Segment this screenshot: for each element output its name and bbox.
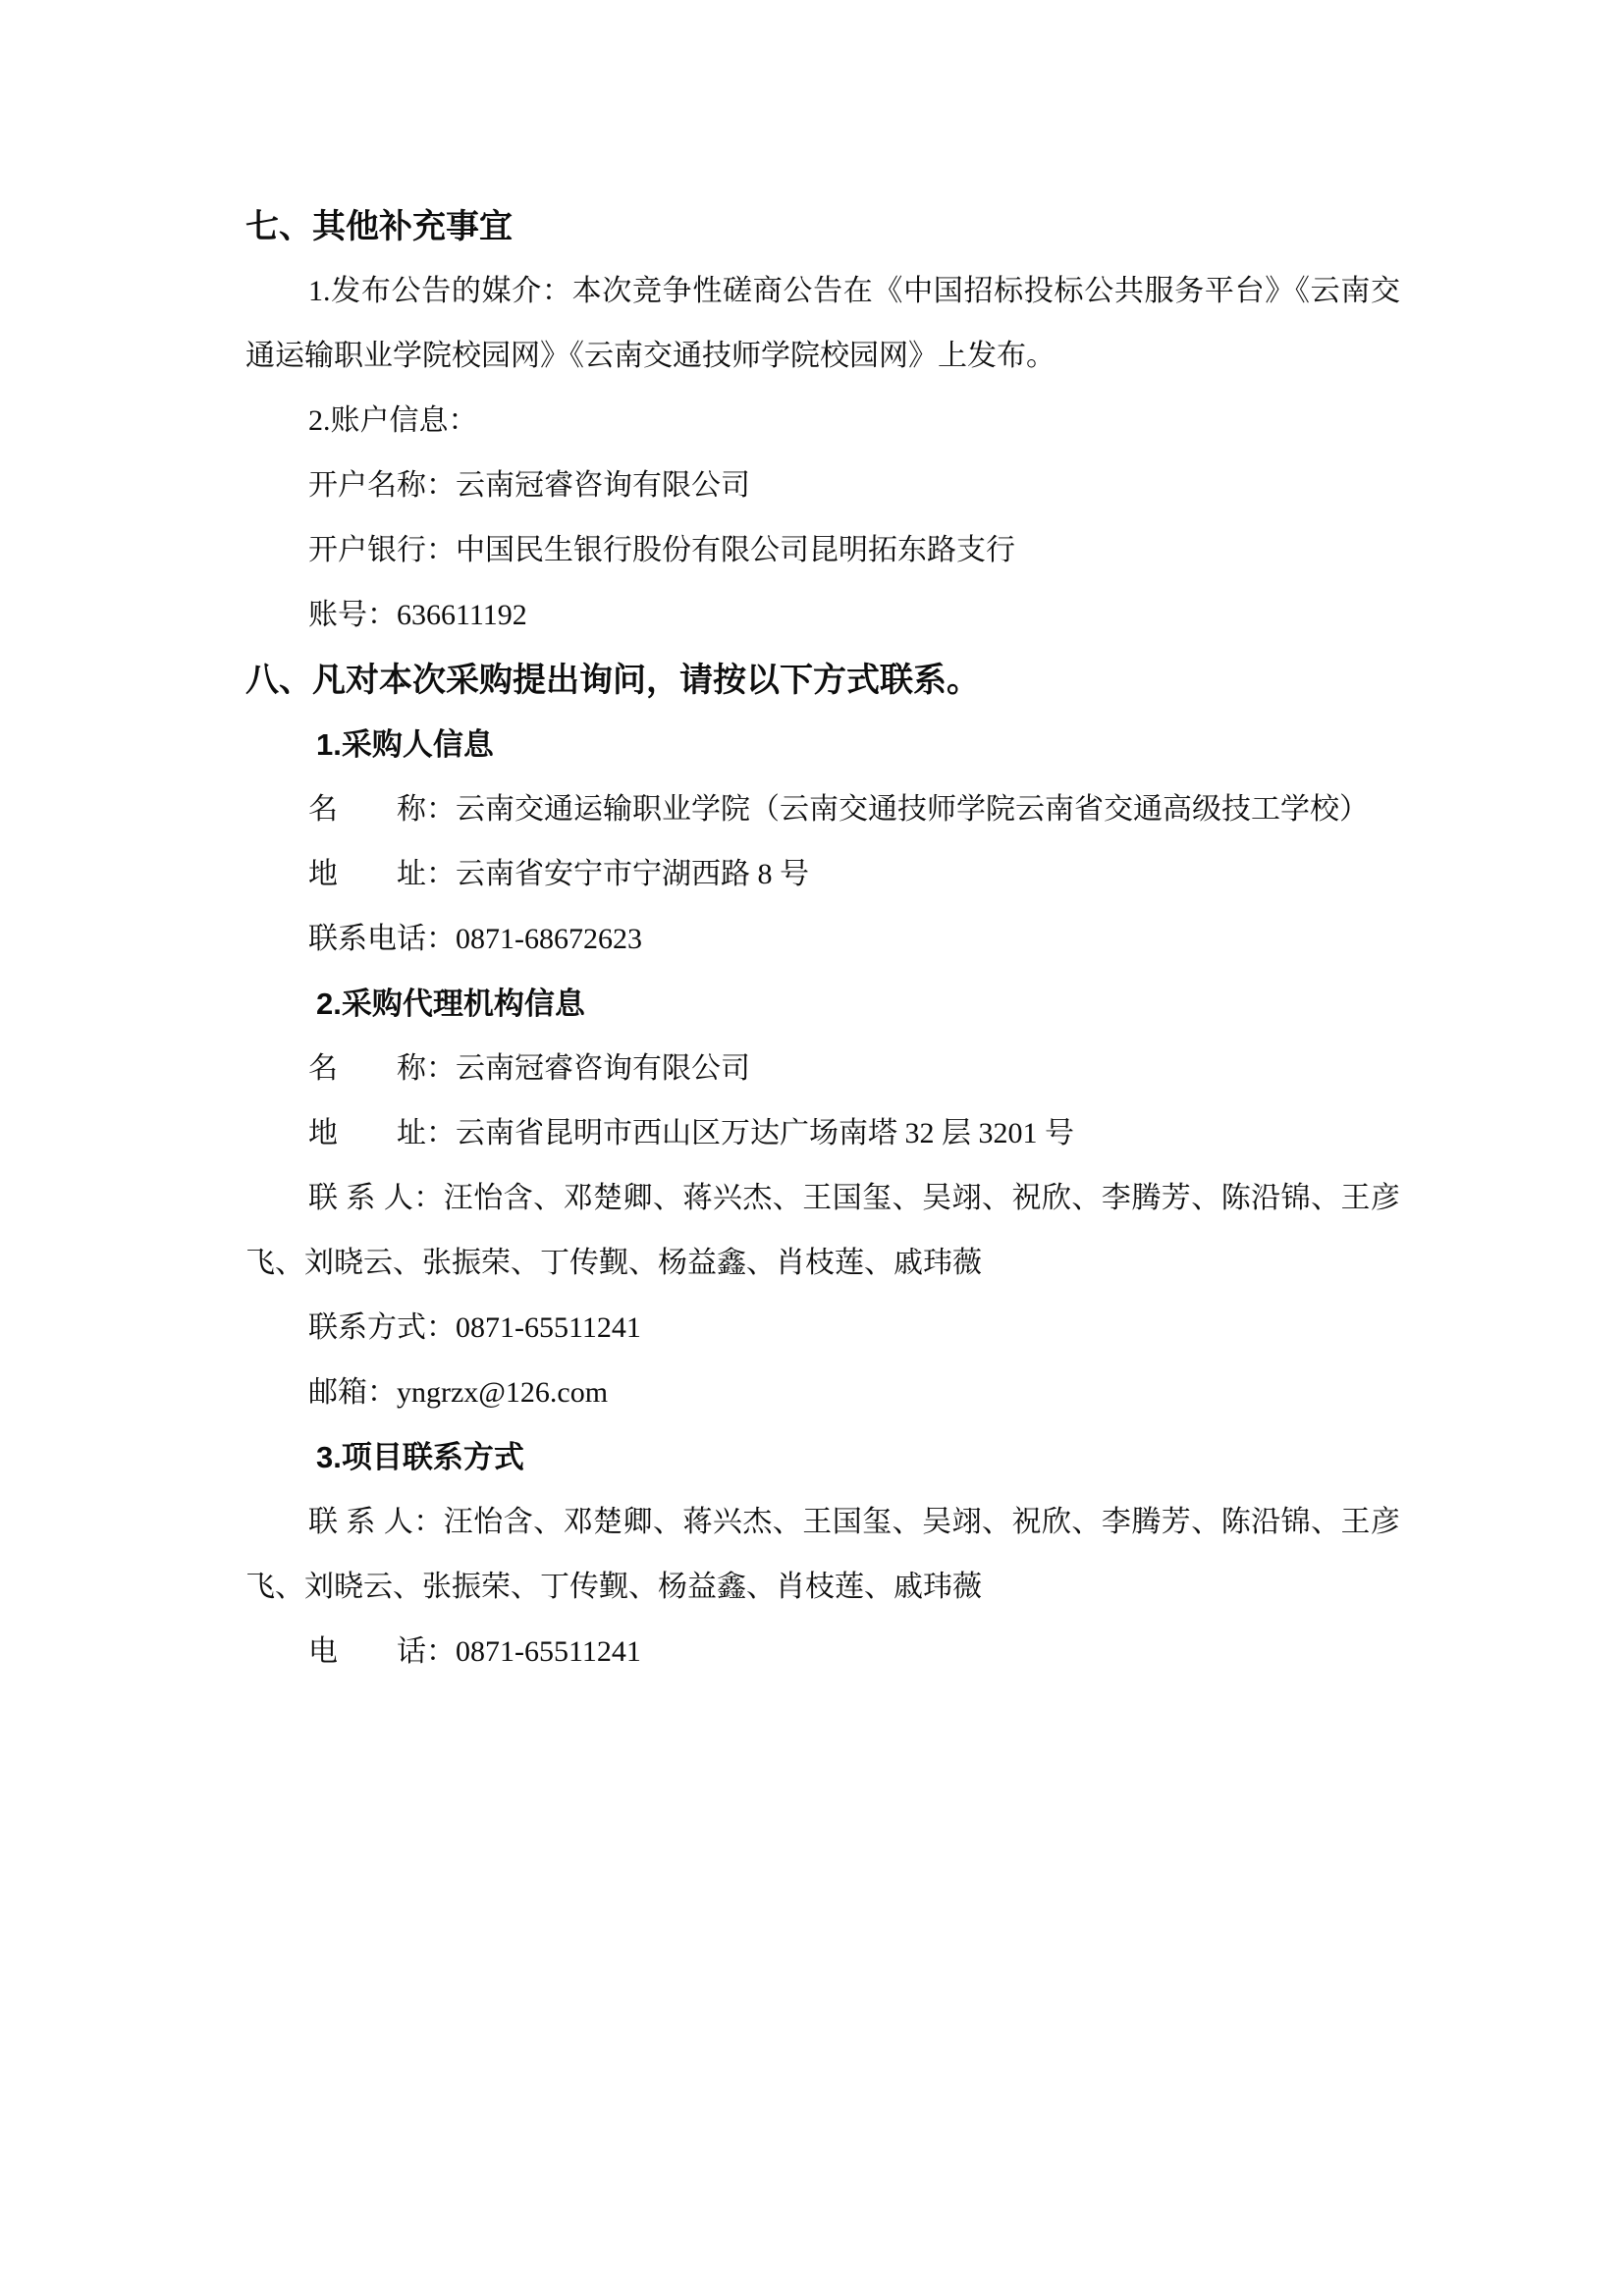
agency-email-line: 邮箱：yngrzx@126.com [245, 1361, 1400, 1425]
section-8-heading: 八、凡对本次采购提出询问，请按以下方式联系。 [245, 648, 1400, 713]
account-info-label: 2.账户信息： [245, 389, 1400, 454]
purchaser-name-line: 名 称：云南交通运输职业学院（云南交通技师学院云南省交通高级技工学校） [245, 777, 1400, 842]
agency-address-line: 地 址：云南省昆明市西山区万达广场南塔 32 层 3201 号 [245, 1101, 1400, 1166]
agency-name-line: 名 称：云南冠睿咨询有限公司 [245, 1037, 1400, 1101]
project-contacts-line: 联 系 人：汪怡含、邓楚卿、蒋兴杰、王国玺、吴翊、祝欣、李腾芳、陈沿锦、王彦飞、… [245, 1490, 1400, 1620]
document-page: 七、其他补充事宜 1.发布公告的媒介：本次竞争性磋商公告在《中国招标投标公共服务… [0, 0, 1624, 2296]
purchaser-info-heading: 1.采购人信息 [245, 713, 1400, 777]
purchaser-phone-line: 联系电话：0871-68672623 [245, 907, 1400, 972]
project-contact-heading: 3.项目联系方式 [245, 1425, 1400, 1490]
bank-line: 开户银行：中国民生银行股份有限公司昆明拓东路支行 [245, 518, 1400, 583]
agency-info-heading: 2.采购代理机构信息 [245, 972, 1400, 1037]
project-phone-line: 电 话：0871-65511241 [245, 1620, 1400, 1684]
agency-contact-phone-line: 联系方式：0871-65511241 [245, 1296, 1400, 1361]
purchaser-address-line: 地 址：云南省安宁市宁湖西路 8 号 [245, 842, 1400, 907]
account-number-line: 账号：636611192 [245, 583, 1400, 648]
section-7-heading: 七、其他补充事宜 [245, 194, 1400, 259]
agency-contacts-line: 联 系 人：汪怡含、邓楚卿、蒋兴杰、王国玺、吴翊、祝欣、李腾芳、陈沿锦、王彦飞、… [245, 1166, 1400, 1296]
account-name-line: 开户名称：云南冠睿咨询有限公司 [245, 454, 1400, 518]
publish-media-paragraph: 1.发布公告的媒介：本次竞争性磋商公告在《中国招标投标公共服务平台》《云南交通运… [245, 259, 1400, 389]
